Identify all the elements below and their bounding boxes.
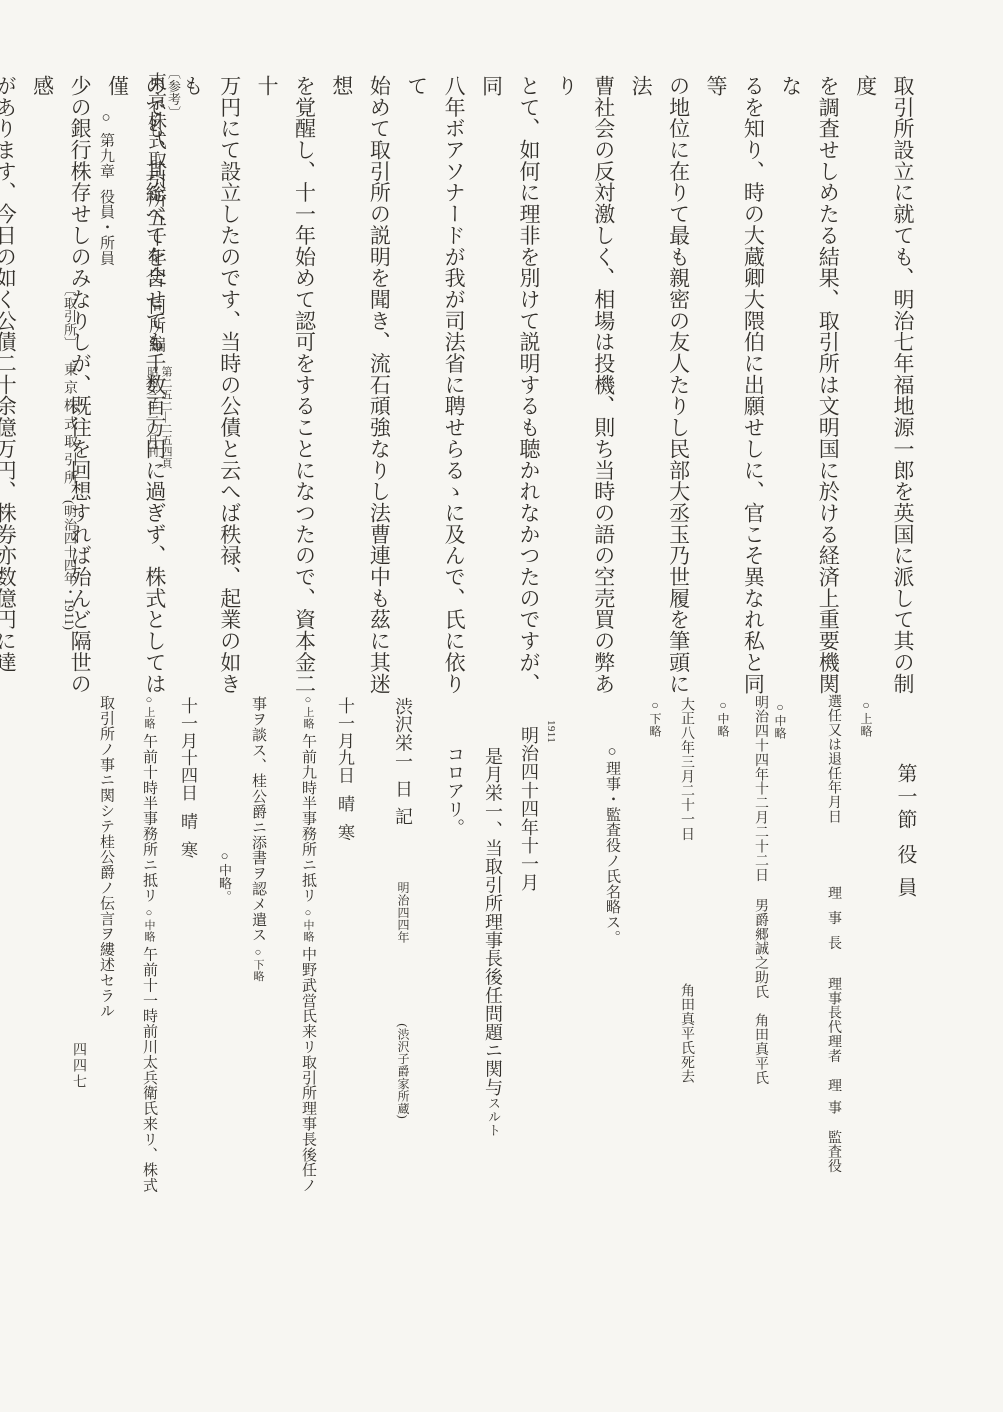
row1-name-go-seinosuke: 男爵郷誠之助氏: [753, 898, 768, 999]
entry2-temp: 寒: [178, 841, 197, 858]
page-number: 四四七: [70, 1042, 86, 1090]
diary-source-owner: (渋沢子爵家所蔵): [396, 1023, 410, 1119]
section-number: 第一節: [894, 763, 916, 832]
omission-marker-mid-1: ○中略: [772, 700, 786, 740]
quote-line: があります、今日の如く公債二十余億万円、株券亦数億円に達し、: [0, 75, 23, 695]
entry1-marker-mid: ○中略: [302, 907, 314, 943]
diary-source-column: 渋沢栄一日記明治四四年(渋沢子爵家所蔵): [392, 697, 413, 1119]
row2-date: 大正八年三月二十一日: [679, 697, 694, 841]
chapter-circle-mark: ○: [98, 110, 114, 126]
reference-editor: 同所編: [146, 297, 165, 354]
summary-small: スルト: [486, 1097, 501, 1137]
quote-line: 取引所設立に就ても、明治七年福地源一郎を英国に派して其の制度: [846, 75, 921, 695]
header-pos-president: 理事長: [826, 886, 841, 961]
section-heading: 第一節役員: [893, 763, 916, 910]
quote-line: を覚醒し、十一年始めて認可をすることになつたので、資本金二十: [248, 75, 323, 695]
reference-title-column: 東京株式取引所五十年史同所編: [144, 72, 166, 354]
officers-note: ○理事・監査役ノ氏名略ス。: [603, 744, 620, 945]
entry2-text-1: 午前十時半事務所ニ抵リ: [141, 734, 157, 903]
diary-entry1-date-line: 十一月九日晴寒: [334, 697, 354, 841]
section-title: 役員: [894, 844, 916, 910]
summary-main: 是月栄一、当取引所理事長後任問題ニ関与: [483, 747, 503, 1097]
entry2-marker-mid: ○中略: [143, 907, 155, 943]
diary-entry2-line-2: 取引所ノ事ニ関シテ桂公爵ノ伝言ヲ縷述セラル: [97, 695, 114, 1018]
row1-name-tsunoda-shimpei: 角田真平氏: [753, 1013, 768, 1085]
entry1-marker-bottom: ○下略: [252, 946, 264, 982]
row2-death-note: 角田真平氏死去: [679, 983, 694, 1084]
page: { "page": { "background": "#f7f6f2", "in…: [0, 0, 1003, 1412]
chapter-no: 第九章: [98, 132, 114, 178]
diary-date-heading: 明治四十四年十一月: [518, 726, 539, 892]
diary-entry2-date-line: 十一月十四日晴寒: [177, 697, 197, 858]
quote-line: 曹社会の反対激しく、相場は投機、則ち当時の語の空売買の弊あり: [547, 75, 622, 695]
chapter-title: 役員・所員: [98, 189, 114, 266]
officer-table-header: 選任又は退任年月日理事長理事長代理者理事監査役: [825, 694, 841, 1173]
officer-table-row-1: 明治四十四年十二月二十二日男爵郷誠之助氏角田真平氏: [752, 695, 768, 1085]
reference-source-column: 〔取引所〕東京株式取引所(明治四十四年・1911): [61, 283, 77, 630]
reference-title: 東京株式取引所五十年史: [145, 72, 166, 285]
source-tag: 〔取引所〕: [62, 283, 77, 350]
omission-marker-bottom: ○下略: [647, 698, 661, 738]
diary-summary-line-1: 是月栄一、当取引所理事長後任問題ニ関与スルト: [482, 747, 503, 1137]
diary-source-title: 渋沢栄一: [393, 697, 413, 771]
entry1-date: 十一月九日: [335, 697, 354, 784]
quote-line: るを知り、時の大蔵卿大隈伯に出願せしに、官こそ異なれ私と同等: [697, 75, 772, 695]
diary-entry1-cont-marker: ○中略。: [216, 848, 231, 904]
reference-pages: 第二五二―二五四頁: [159, 366, 172, 469]
entry1-weather: 晴: [335, 795, 354, 812]
entry1-temp: 寒: [335, 823, 354, 840]
diary-summary-line-2: コロアリ。: [444, 745, 465, 837]
header-pos-auditor: 監査役: [826, 1130, 841, 1173]
quote-line: の地位に在りて最も親密の友人たりし民部大丞玉乃世履を筆頭に法: [622, 75, 697, 695]
omission-marker-top: ○上略: [858, 698, 872, 738]
entry1-marker-top: ○上略: [302, 694, 314, 730]
reference-pub-date: 昭和三年一〇月刊: [145, 366, 158, 457]
source-name: 東京株式取引所: [62, 362, 77, 488]
year-western: 1911: [544, 720, 557, 743]
header-date-label: 選任又は退任年月日: [826, 694, 841, 824]
header-pos-deputy: 理事長代理者: [826, 977, 841, 1063]
entry1-text-1: 午前九時半事務所ニ抵リ: [300, 734, 316, 903]
header-pos-director: 理事: [826, 1078, 841, 1122]
source-year: (明治四十四年・1911): [62, 500, 77, 630]
diary-entry1-line-1: ○上略午前九時半事務所ニ抵リ○中略中野武営氏来リ取引所理事長後任ノ: [299, 694, 316, 1193]
quote-line: 八年ボアソナードが我が司法省に聘せらるゝに及んで、氏に依りて: [397, 75, 472, 695]
entry2-weather: 晴: [178, 812, 197, 829]
row1-date: 明治四十四年十二月二十二日: [753, 695, 768, 882]
quote-line: を調査せしめたる結果、取引所は文明国に於ける経済上重要機関な: [771, 75, 846, 695]
quote-line: とて、如何に理非を別けて説明するも聴かれなかつたのですが、同: [472, 75, 547, 695]
quote-line: 万円にて設立したのです、当時の公債と云へば秩禄、起業の如きも: [173, 75, 248, 695]
diary-source-title-w2: 記: [393, 807, 413, 825]
diary-source-title-w1: 日: [393, 780, 413, 798]
quotation-block: 取引所設立に就ても、明治七年福地源一郎を英国に派して其の制度 を調査せしめたる結…: [0, 75, 921, 695]
entry1-text-2: 中野武営氏来リ取引所理事長後任ノ: [300, 946, 316, 1192]
reference-label: 〔参考〕: [165, 66, 180, 120]
entry2-text-2: 午前十一時前川太兵衛氏来リ、株式: [141, 946, 157, 1192]
entry2-marker-top: ○上略: [143, 694, 155, 730]
diary-entry1-line-2: 事ヲ談ス、桂公爵ニ添書ヲ認メ遣ス○下略: [249, 696, 266, 982]
reference-chapter-column: ○第九章役員・所員: [97, 110, 114, 266]
omission-marker-mid-2: ○中略: [715, 698, 729, 738]
quote-line: 始めて取引所の説明を聞き、流石頑強なりし法曹連中も茲に其迷想: [323, 75, 398, 695]
diary-source-year: 明治四四年: [396, 881, 410, 943]
officer-table-row-2: 大正八年三月二十一日角田真平氏死去: [678, 697, 694, 1084]
diary-entry2-line-1: ○上略午前十時半事務所ニ抵リ○中略午前十一時前川太兵衛氏来リ、株式: [140, 694, 157, 1193]
entry2-date: 十一月十四日: [178, 697, 197, 801]
entry1-text-3: 事ヲ談ス、桂公爵ニ添書ヲ認メ遣ス: [250, 696, 266, 942]
